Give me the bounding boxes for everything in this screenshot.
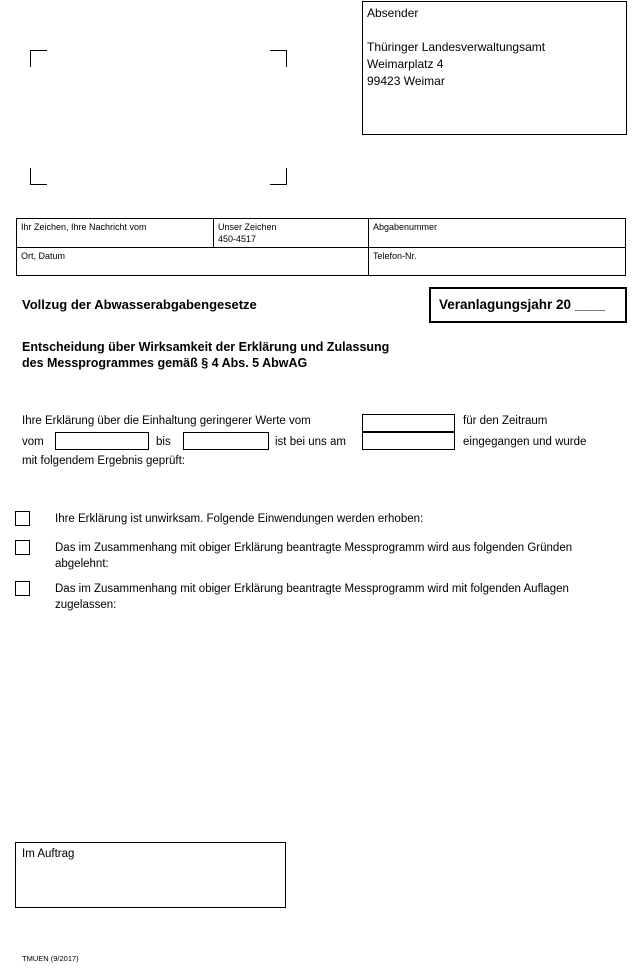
tax-number-cell[interactable]: Abgabenummer — [369, 219, 626, 248]
option-approved-text: Das im Zusammenhang mit obiger Erklärung… — [55, 581, 615, 613]
received-label: ist bei uns am — [275, 436, 346, 448]
sender-label: Absender — [367, 5, 622, 22]
document-subtitle: Entscheidung über Wirksamkeit der Erklär… — [22, 339, 389, 371]
our-reference-value: 450-4517 — [218, 234, 256, 244]
received-suffix: eingegangen und wurde — [463, 436, 586, 448]
sender-city: 99423 Weimar — [367, 73, 622, 90]
received-date-field[interactable] — [362, 432, 455, 450]
option-rejected-checkbox[interactable] — [15, 540, 30, 555]
option-approved-checkbox[interactable] — [15, 581, 30, 596]
sender-org: Thüringer Landesverwaltungsamt — [367, 39, 622, 56]
our-reference-cell: Unser Zeichen450-4517 — [214, 219, 369, 248]
period-label: für den Zeitraum — [463, 415, 547, 427]
period-to-field[interactable] — [183, 432, 269, 450]
address-window-corner-mark — [270, 168, 287, 185]
to-label: bis — [156, 436, 171, 448]
period-from-field[interactable] — [55, 432, 149, 450]
address-window-corner-mark — [270, 50, 287, 67]
declaration-line1: Ihre Erklärung über die Einhaltung gerin… — [22, 415, 311, 427]
option-rejected-text: Das im Zusammenhang mit obiger Erklärung… — [55, 540, 615, 572]
sender-box: Absender Thüringer Landesverwaltungsamt … — [362, 1, 627, 135]
signature-label: Im Auftrag — [22, 848, 74, 860]
reference-table: Ihr Zeichen, Ihre Nachricht vom Unser Ze… — [16, 218, 626, 276]
address-window-corner-mark — [30, 50, 47, 67]
place-date-cell[interactable]: Ort, Datum — [17, 248, 369, 276]
option-invalid-text: Ihre Erklärung ist unwirksam. Folgende E… — [55, 511, 615, 527]
assessment-year-box[interactable]: Veranlagungsjahr 20 ____ — [429, 287, 627, 323]
form-code: TMUEN (9/2017) — [22, 954, 79, 963]
signature-box[interactable]: Im Auftrag — [15, 842, 286, 908]
declaration-line3: mit folgendem Ergebnis geprüft: — [22, 455, 185, 467]
your-reference-cell[interactable]: Ihr Zeichen, Ihre Nachricht vom — [17, 219, 214, 248]
sender-street: Weimarplatz 4 — [367, 56, 622, 73]
address-window-corner-mark — [30, 168, 47, 185]
phone-cell[interactable]: Telefon-Nr. — [369, 248, 626, 276]
option-invalid-checkbox[interactable] — [15, 511, 30, 526]
declaration-date-field[interactable] — [362, 414, 455, 432]
document-title: Vollzug der Abwasserabgabengesetze — [22, 297, 257, 312]
from-label: vom — [22, 436, 44, 448]
